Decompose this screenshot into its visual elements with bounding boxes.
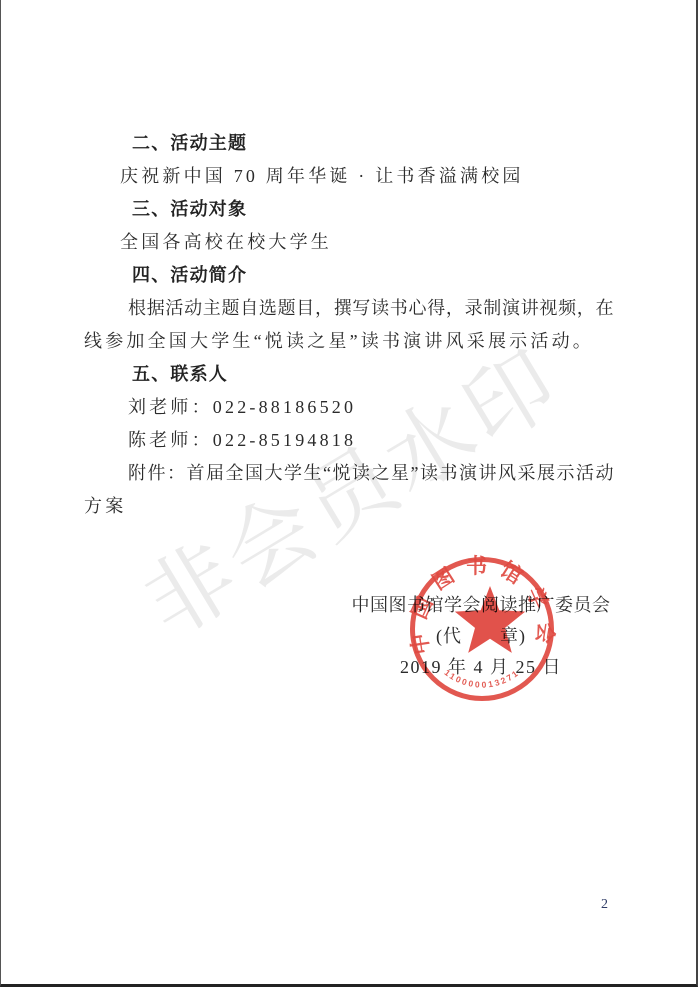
text-attachment-line2: 方案	[84, 494, 614, 518]
text-activity-intro-line1: 根据活动主题自选题目，撰写读书心得，录制演讲视频，在	[84, 296, 614, 320]
text-contact-liu: 刘老师：022-88186520	[84, 395, 614, 419]
svg-text:110000013271: 110000013271	[443, 667, 522, 689]
official-seal-stamp-icon: 中国图书馆学会 110000013271	[382, 529, 582, 729]
document-page: 非会员水印 二、活动主题 庆祝新中国 70 周年华诞 · 让书香溢满校园 三、活…	[0, 0, 698, 987]
seal-star-icon	[455, 586, 525, 653]
seal-serial-number: 110000013271	[443, 667, 522, 689]
heading-activity-intro: 四、活动简介	[132, 263, 612, 287]
text-contact-chen: 陈老师：022-85194818	[84, 428, 614, 452]
text-activity-intro-line2: 线参加全国大学生“悦读之星”读书演讲风采展示活动。	[84, 329, 614, 353]
text-activity-audience: 全国各高校在校大学生	[84, 230, 614, 254]
text-attachment-line1: 附件：首届全国大学生“悦读之星”读书演讲风采展示活动	[84, 461, 614, 485]
heading-activity-theme: 二、活动主题	[132, 131, 612, 155]
page-number: 2	[601, 897, 608, 913]
heading-activity-audience: 三、活动对象	[132, 197, 612, 221]
text-activity-theme: 庆祝新中国 70 周年华诞 · 让书香溢满校园	[84, 164, 614, 188]
heading-contacts: 五、联系人	[132, 362, 612, 386]
